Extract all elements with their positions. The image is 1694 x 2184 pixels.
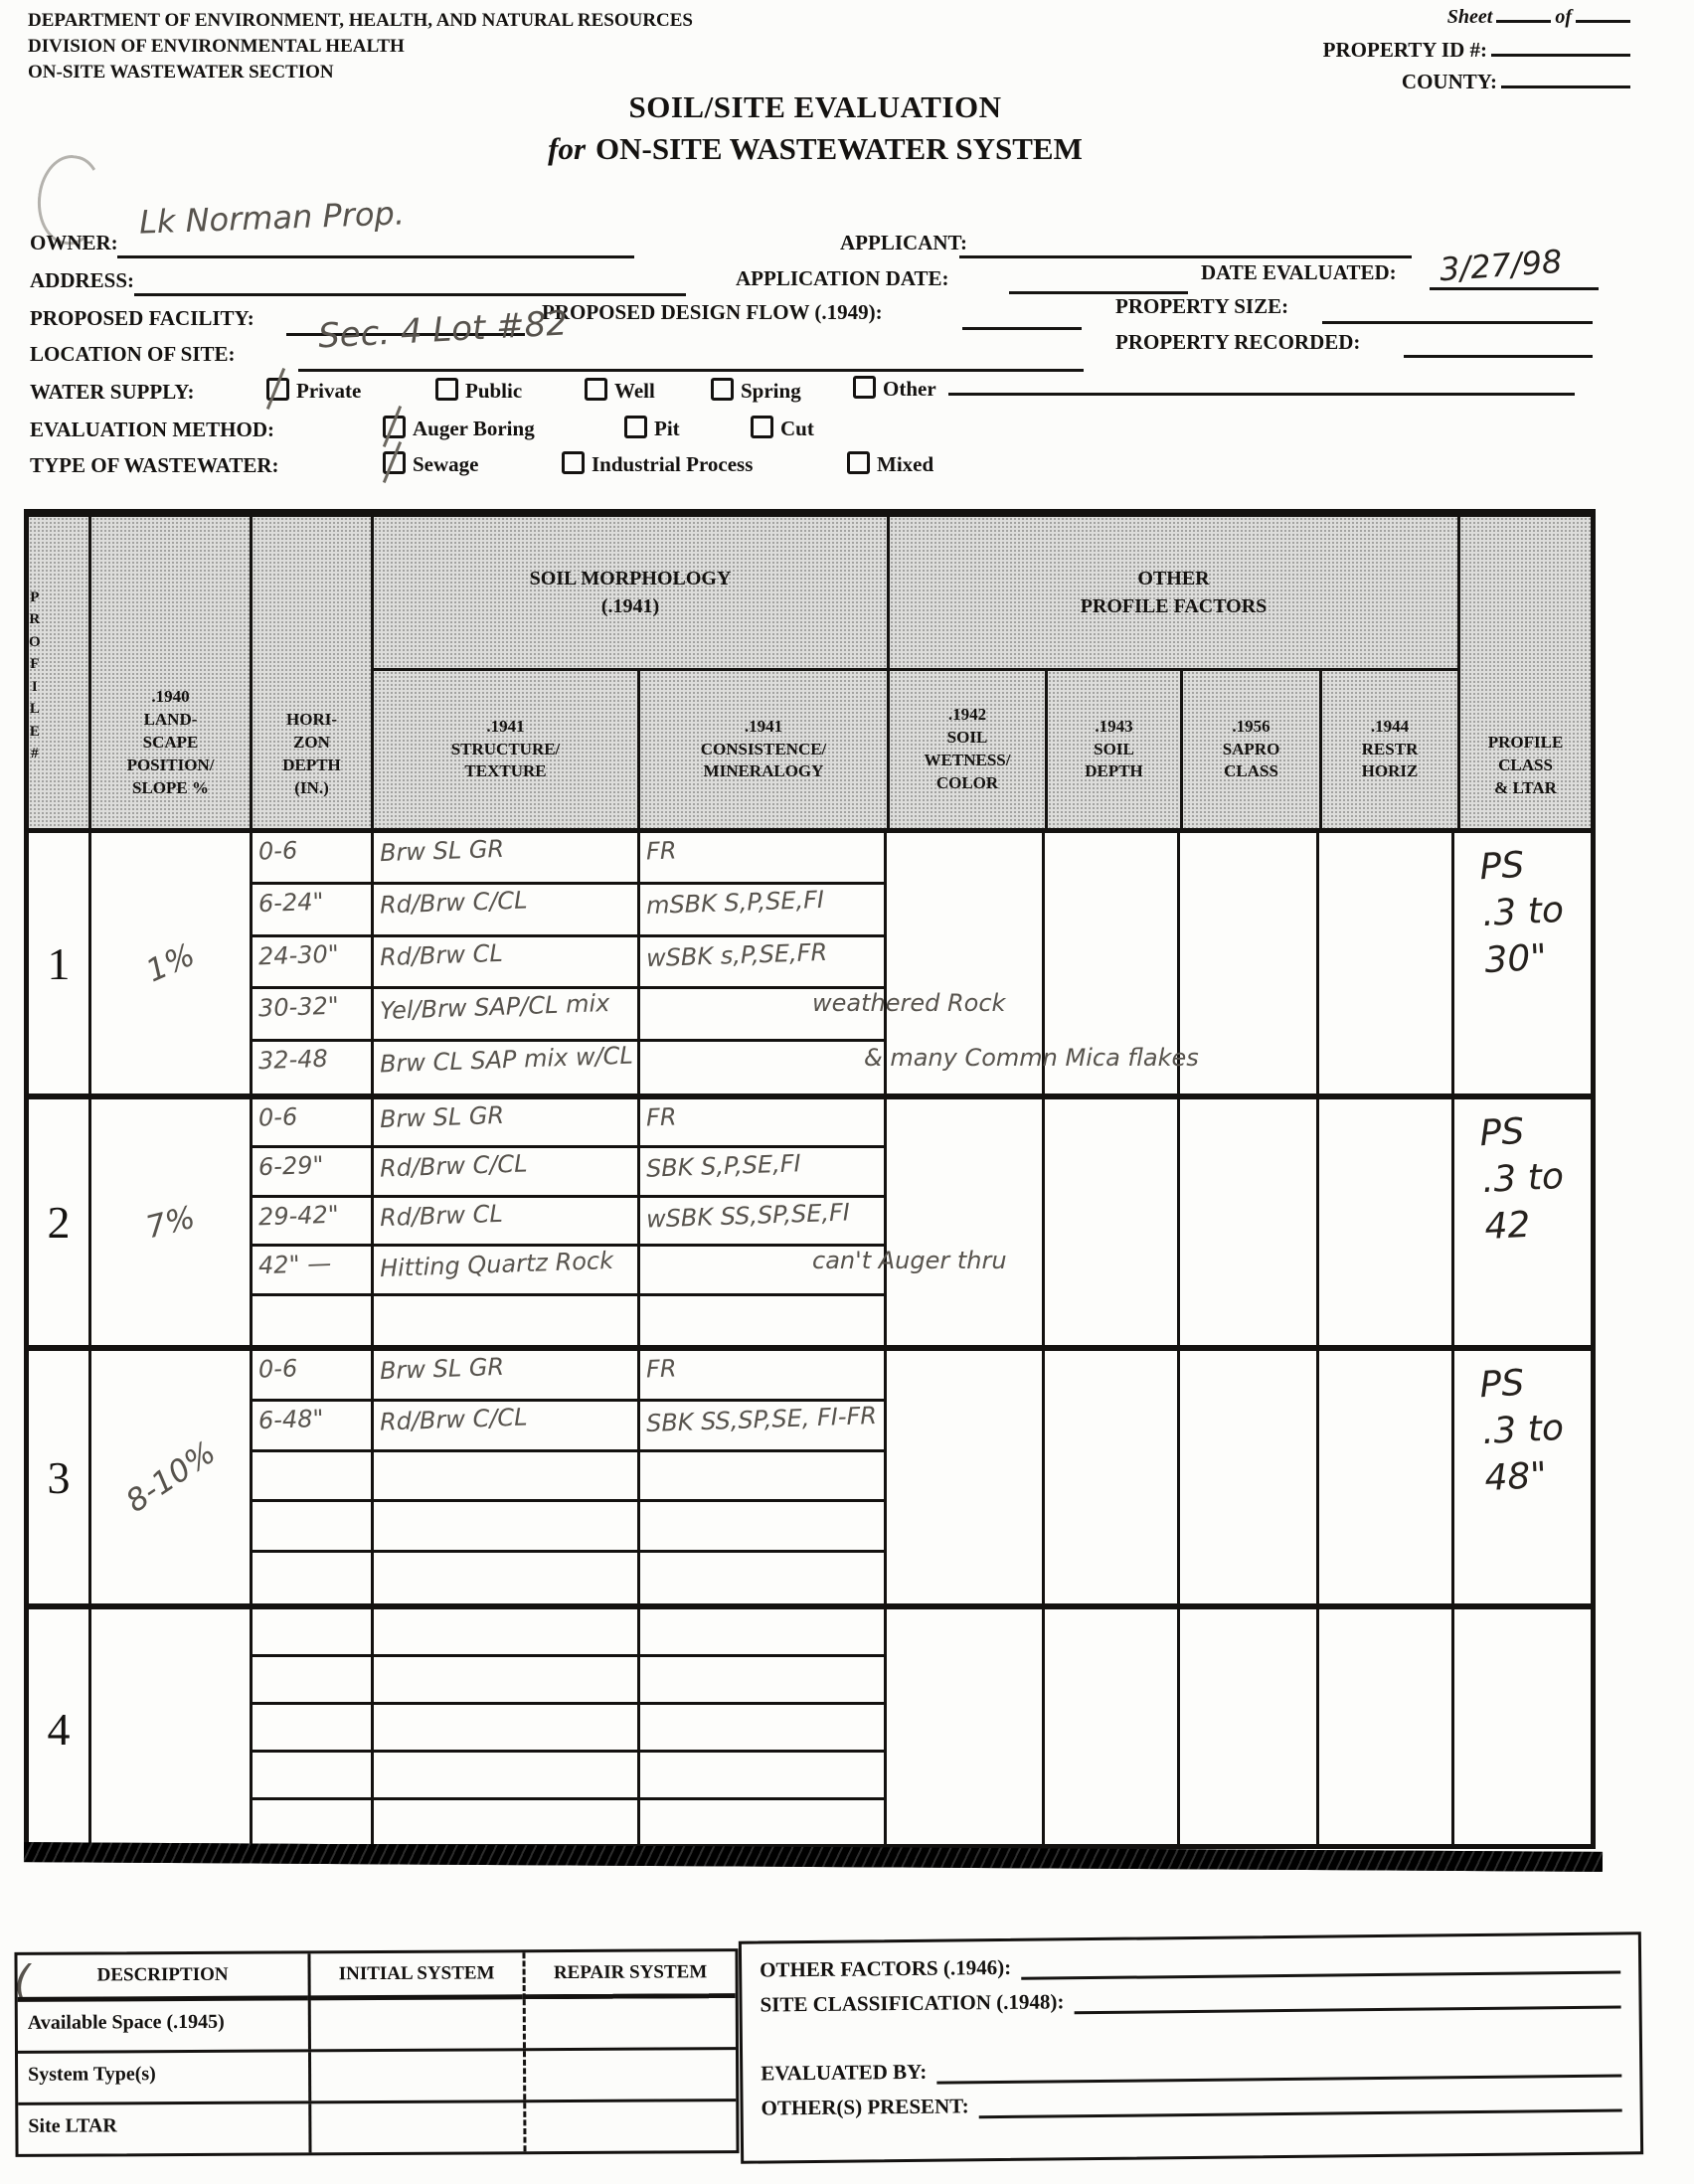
system-summary-table: DESCRIPTION INITIAL SYSTEM REPAIR SYSTEM… [14,1948,739,2157]
consistence-cell [640,1553,887,1603]
dept-line-3: ON-SITE WASTEWATER SECTION [28,62,334,84]
profile-1-slope: 1% [91,833,253,1093]
structure-cell: Brw CL SAP mix w/CL [374,1042,640,1093]
consistence-cell [640,1705,887,1753]
spring-label: Spring [741,379,801,403]
profile-4-slope [91,1609,253,1848]
profile-4-wetness [887,1609,1045,1848]
structure-cell: Rd/Brw C/CL [374,1402,640,1452]
profile-3-horizon-grid: 0-6 Brw SL GR FR 6-48" Rd/Brw C/CL SBK S… [253,1351,887,1603]
water-other-blank[interactable] [948,392,1575,396]
method-cut[interactable]: Cut [751,416,814,441]
other-factors-label: OTHER FACTORS (.1946): [760,1955,1011,1983]
wastewater-type-label: TYPE OF WASTEWATER: [30,453,279,478]
evaluated-by-blank[interactable] [936,2072,1621,2084]
depth-cell [253,1296,374,1345]
proposed-facility-label: PROPOSED FACILITY: [30,306,254,331]
consistence-cell: FR [640,1351,887,1402]
depth-cell: 6-24" [253,885,374,936]
profile-1-number: 1 [29,833,91,1093]
pit-label: Pit [654,417,680,440]
sewage-checkbox[interactable] [383,451,406,474]
water-supply-well[interactable]: Well [585,378,655,404]
other-profile-factors-group: OTHER PROFILE FACTORS .1942 SOIL WETNESS… [890,517,1460,828]
depth-cell: 32-48 [253,1042,374,1093]
structure-cell [374,1609,640,1657]
form-title-line1: SOIL/SITE EVALUATION [0,89,1630,125]
others-present-row: OTHER(S) PRESENT: [761,2087,1621,2120]
structure-cell [374,1553,640,1603]
consistence-cell: FR [640,833,887,885]
profile-3-wetness [887,1351,1045,1603]
system-type-row: System Type(s) [18,2050,736,2105]
other-factors-blank[interactable] [1021,1968,1620,1979]
structure-cell: Brw SL GR [374,1351,640,1402]
depth-cell: 0-6 [253,1099,374,1148]
depth-cell [253,1705,374,1753]
applicant-blank[interactable] [959,254,1412,258]
repair-system-header: REPAIR SYSTEM [522,1951,735,1999]
private-checkbox[interactable] [266,378,289,401]
property-size-blank[interactable] [1322,320,1593,324]
consistence-cell [640,1657,887,1705]
application-date-label: APPLICATION DATE: [736,266,948,291]
profile-3-number: 3 [29,1351,91,1603]
landscape-column-header: .1940 LAND- SCAPE POSITION/ SLOPE % [91,517,253,828]
soil-depth-column-header: .1943 SOIL DEPTH [1048,671,1183,828]
location-value: Sec. 4 Lot #82 [317,303,569,356]
consistence-cell: wSBK s,P,SE,FR [640,937,887,989]
well-checkbox[interactable] [585,378,607,401]
water-supply-other[interactable]: Other [853,376,1575,402]
structure-cell [374,1800,640,1848]
depth-cell [253,1609,374,1657]
consistence-cell [640,1609,887,1657]
water-supply-label: WATER SUPPLY: [30,380,195,405]
title-for: for [548,131,586,166]
profile-row-3: 3 8-10% 0-6 Brw SL GR FR 6-48" Rd/Brw C/… [29,1351,1591,1609]
title-main: ON-SITE WASTEWATER SYSTEM [595,131,1083,166]
mixed-label: Mixed [877,452,933,476]
public-checkbox[interactable] [435,378,458,401]
owner-blank[interactable] [117,254,634,258]
depth-cell: 24-30" [253,937,374,989]
profile-2-slope: 7% [91,1099,253,1345]
industrial-process-checkbox[interactable] [562,451,585,474]
address-label: ADDRESS: [30,268,134,293]
consistence-cell: mSBK S,P,SE,FI [640,885,887,936]
table-header: P R O F I L E # .1940 LAND- SCAPE POSITI… [29,517,1591,833]
profile-row-1: 1 1% 0-6 Brw SL GR FR 6-24" Rd/Brw C/CL … [29,833,1591,1099]
profile-2-soil-depth [1045,1099,1180,1345]
spring-checkbox[interactable] [711,378,734,401]
location-blank[interactable] [298,368,1084,372]
system-type-initial-cell[interactable] [308,2051,523,2100]
consistence-cell: FR [640,1099,887,1148]
date-evaluated-label: DATE EVALUATED: [1201,260,1397,285]
consistence-cell [640,1042,887,1093]
site-ltar-label: Site LTAR [18,2103,308,2154]
water-supply-private[interactable]: Private [266,378,361,404]
profile-4-soil-depth [1045,1609,1180,1848]
profile-1-note-mica-flakes: & many Commn Mica flakes [864,1044,1199,1072]
structure-cell [374,1502,640,1553]
profile-1-restr [1319,833,1454,1093]
type-sewage[interactable]: Sewage [383,451,479,477]
soil-morphology-group-header: SOIL MORPHOLOGY (.1941) [374,517,887,671]
sapro-class-column-header: .1956 SAPRO CLASS [1183,671,1322,828]
structure-cell [374,1296,640,1345]
sheet-label: Sheet [1447,6,1493,28]
structure-cell: Rd/Brw C/CL [374,885,640,936]
structure-cell: Rd/Brw CL [374,937,640,989]
public-label: Public [465,379,522,403]
date-evaluated-value: 3/27/98 [1439,243,1564,289]
depth-cell [253,1800,374,1848]
structure-cell: Yel/Brw SAP/CL mix [374,989,640,1041]
structure-cell [374,1657,640,1705]
consistence-cell [640,1753,887,1800]
soil-wetness-column-header: .1942 SOIL WETNESS/ COLOR [890,671,1048,828]
available-space-initial-cell[interactable] [308,1999,523,2049]
consistence-cell [640,1502,887,1553]
initial-system-header: INITIAL SYSTEM [307,1952,522,2000]
depth-cell: 29-42" [253,1198,374,1247]
profile-2-wetness [887,1099,1045,1345]
available-space-label: Available Space (.1945) [18,2000,308,2051]
consistence-cell: SBK SS,SP,SE, FI-FR [640,1402,887,1452]
profile-2-number: 2 [29,1099,91,1345]
profile-1-slope-value: 1% [141,937,201,990]
depth-cell: 0-6 [253,1351,374,1402]
property-id-blank[interactable] [1491,53,1630,57]
structure-cell: Hitting Quartz Rock [374,1247,640,1295]
cut-label: Cut [780,417,814,440]
pit-checkbox[interactable] [624,416,647,438]
depth-cell [253,1657,374,1705]
structure-texture-column-header: .1941 STRUCTURE/ TEXTURE [374,671,640,828]
water-supply-spring[interactable]: Spring [711,378,801,404]
depth-cell: 0-6 [253,833,374,885]
method-pit[interactable]: Pit [624,416,680,441]
sheet-number-blank[interactable] [1496,19,1551,23]
depth-cell [253,1553,374,1603]
consistence-cell: SBK S,P,SE,FI [640,1148,887,1197]
soil-profile-table: P R O F I L E # .1940 LAND- SCAPE POSITI… [24,509,1596,1849]
depth-cell [253,1502,374,1553]
system-type-repair-cell[interactable] [523,2050,736,2100]
property-id-label: PROPERTY ID #: [1323,38,1487,62]
consistence-mineralogy-column-header: .1941 CONSISTENCE/ MINERALOGY [640,671,887,828]
profile-3-sapro [1180,1351,1319,1603]
sheet-of-row: Sheet of [1253,6,1630,29]
depth-cell: 42" — [253,1247,374,1295]
consistence-cell [640,1452,887,1503]
profile-3-slope: 8-10% [91,1351,253,1603]
profile-row-2: 2 7% 0-6 Brw SL GR FR 6-29" Rd/Brw C/CL … [29,1099,1591,1351]
sewage-label: Sewage [413,452,479,476]
profile-2-note-cant-auger: can't Auger thru [812,1247,1007,1274]
profile-1-note-weathered-rock: weathered Rock [812,989,1005,1017]
profile-1-horizon-grid: 0-6 Brw SL GR FR 6-24" Rd/Brw C/CL mSBK … [253,833,887,1093]
profile-3-class-ltar: PS .3 to 48" [1454,1351,1591,1603]
site-ltar-repair-cell[interactable] [523,2101,736,2151]
other-label: Other [883,377,936,401]
sheet-total-blank[interactable] [1576,19,1630,23]
well-label: Well [614,379,655,403]
applicant-label: APPLICANT: [840,231,967,255]
depth-cell [253,1753,374,1800]
industrial-process-label: Industrial Process [592,452,753,476]
dept-line-1: DEPARTMENT OF ENVIRONMENT, HEALTH, AND N… [28,10,693,32]
water-supply-public[interactable]: Public [435,378,522,404]
structure-cell: Brw SL GR [374,833,640,885]
horizon-depth-column-header: HORI- ZON DEPTH (IN.) [253,517,374,828]
system-type-label: System Type(s) [18,2052,308,2102]
owner-label: OWNER: [30,231,118,255]
site-ltar-initial-cell[interactable] [308,2102,523,2152]
other-factors-row: OTHER FACTORS (.1946): [760,1948,1620,1982]
profile-2-class-ltar: PS .3 to 42 [1454,1099,1591,1345]
location-label: LOCATION OF SITE: [30,342,236,367]
profile-4-horizon-grid [253,1609,887,1848]
depth-cell: 6-29" [253,1148,374,1197]
cut-checkbox[interactable] [751,416,773,438]
profile-3-slope-value: 8-10% [119,1434,222,1520]
profile-class-ltar-column-header: PROFILE CLASS & LTAR [1460,517,1591,828]
other-checkbox[interactable] [853,376,876,399]
description-header: DESCRIPTION [17,1953,307,2002]
property-recorded-blank[interactable] [1404,354,1593,358]
structure-cell: Rd/Brw CL [374,1198,640,1247]
address-blank[interactable] [134,292,686,296]
design-flow-label: PROPOSED DESIGN FLOW (.1949): [542,300,883,325]
site-ltar-row: Site LTAR [18,2101,736,2154]
site-classification-label: SITE CLASSIFICATION (.1948): [760,1989,1064,2017]
type-mixed[interactable]: Mixed [847,451,933,477]
soil-morphology-group: SOIL MORPHOLOGY (.1941) .1941 STRUCTURE/… [374,517,890,828]
profile-2-sapro [1180,1099,1319,1345]
profile-1-sapro [1180,833,1319,1093]
method-auger-boring[interactable]: Auger Boring [383,416,535,441]
evaluation-method-label: EVALUATION METHOD: [30,418,274,442]
profile-4-number: 4 [29,1609,91,1848]
profile-4-sapro [1180,1609,1319,1848]
profile-2-restr [1319,1099,1454,1345]
profile-3-restr [1319,1351,1454,1603]
profile-2-horizon-grid: 0-6 Brw SL GR FR 6-29" Rd/Brw C/CL SBK S… [253,1099,887,1345]
design-flow-blank[interactable] [962,326,1082,330]
restr-horiz-column-header: .1944 RESTR HORIZ [1322,671,1457,828]
site-factors-box: OTHER FACTORS (.1946): SITE CLASSIFICATI… [739,1932,1643,2163]
consistence-cell [640,1296,887,1345]
structure-cell: Brw SL GR [374,1099,640,1148]
form-title-line2: forON-SITE WASTEWATER SYSTEM [0,131,1630,167]
profile-4-restr [1319,1609,1454,1848]
others-present-blank[interactable] [979,2106,1622,2118]
owner-value: Lk Norman Prop. [138,194,405,241]
other-profile-factors-group-header: OTHER PROFILE FACTORS [890,517,1457,671]
system-table-header-row: DESCRIPTION INITIAL SYSTEM REPAIR SYSTEM [17,1951,735,2002]
auger-boring-checkbox[interactable] [383,416,406,438]
scanned-soil-site-evaluation-form: DEPARTMENT OF ENVIRONMENT, HEALTH, AND N… [0,0,1694,2184]
available-space-row: Available Space (.1945) [18,1998,736,2054]
profile-4-class-ltar [1454,1609,1591,1848]
auger-boring-label: Auger Boring [413,417,535,440]
site-classification-row: SITE CLASSIFICATION (.1948): [760,1983,1620,2017]
depth-cell [253,1452,374,1503]
of-label: of [1555,6,1572,28]
property-id-row: PROPERTY ID #: [1094,38,1630,63]
structure-cell [374,1753,640,1800]
depth-cell: 30-32" [253,989,374,1041]
private-label: Private [296,379,361,403]
structure-cell: Rd/Brw C/CL [374,1148,640,1197]
property-recorded-label: PROPERTY RECORDED: [1115,330,1360,355]
evaluated-by-label: EVALUATED BY: [761,2060,927,2087]
profile-2-slope-value: 7% [142,1199,198,1246]
structure-cell [374,1705,640,1753]
available-space-repair-cell[interactable] [523,1998,736,2048]
mixed-checkbox[interactable] [847,451,870,474]
profile-row-4: 4 [29,1609,1591,1848]
date-evaluated-blank[interactable] [1430,286,1599,290]
dept-line-2: DIVISION OF ENVIRONMENTAL HEALTH [28,36,405,58]
county-blank[interactable] [1501,84,1630,88]
property-size-label: PROPERTY SIZE: [1115,294,1288,319]
structure-cell [374,1452,640,1503]
consistence-cell: wSBK SS,SP,SE,FI [640,1198,887,1247]
profile-3-soil-depth [1045,1351,1180,1603]
consistence-cell [640,1800,887,1848]
depth-cell: 6-48" [253,1402,374,1452]
profile-1-class-ltar: PS .3 to 30" [1454,833,1591,1093]
profile-number-column-header: P R O F I L E # [29,517,91,828]
others-present-label: OTHER(S) PRESENT: [761,2094,968,2120]
site-classification-blank[interactable] [1075,2003,1621,2014]
type-industrial[interactable]: Industrial Process [562,451,753,477]
